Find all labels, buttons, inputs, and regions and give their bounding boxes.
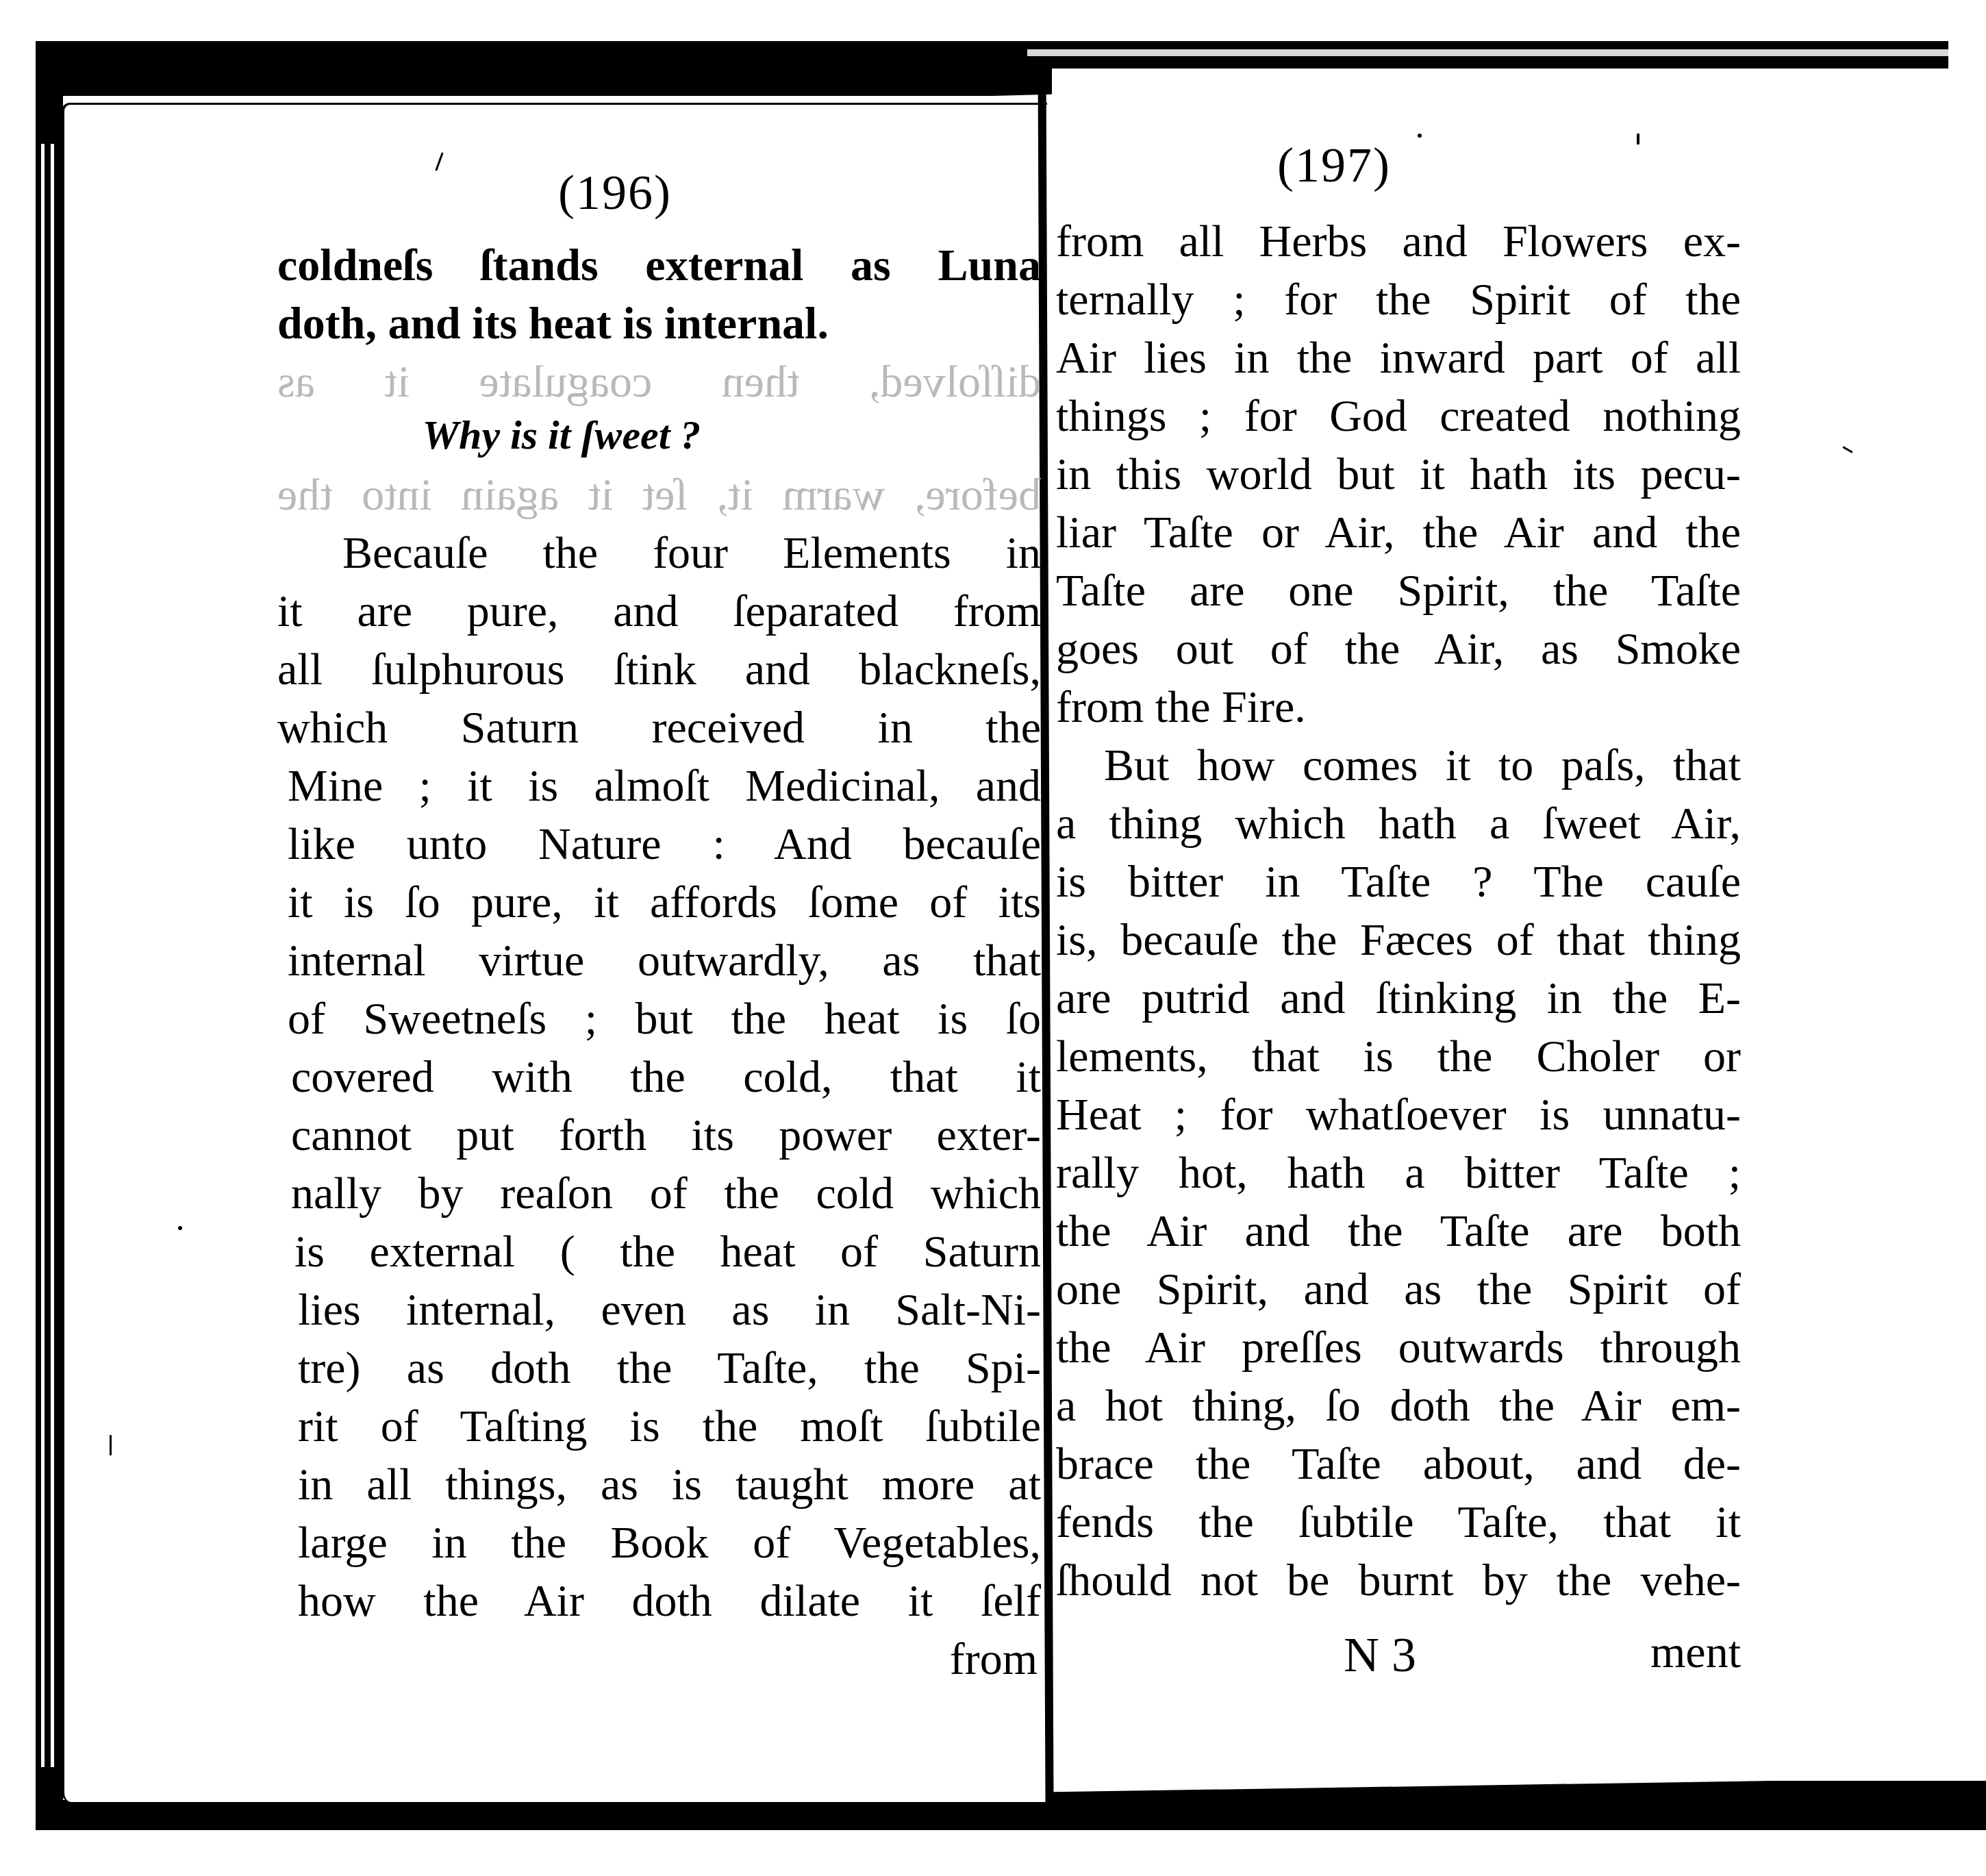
text-line: But how comes it to paſs, that	[1056, 743, 1741, 788]
text-line: are putrid and ſtinking in the E-	[1056, 976, 1741, 1021]
signature-mark: N 3	[1344, 1627, 1416, 1684]
text-line: how the Air doth dilate it ſelf	[298, 1579, 1041, 1624]
text-line: from all Herbs and Flowers ex-	[1056, 219, 1741, 264]
text-line: nally by reaſon of the cold which	[291, 1171, 1041, 1216]
text-line: liar Taſte or Air, the Air and the	[1056, 510, 1741, 555]
text-line: it are pure, and ſeparated from	[277, 589, 1041, 634]
text-line: lements, that is the Choler or	[1056, 1034, 1741, 1079]
text-line: the Air and the Taſte are both	[1056, 1209, 1741, 1254]
bleed-through-line: diſſolved, then coagulate it as	[277, 360, 1041, 405]
text-line: ſhould not be burnt by the vehe-	[1056, 1558, 1741, 1603]
catchword: from	[298, 1637, 1038, 1682]
scan-border-bottom-right	[1027, 1777, 1986, 1805]
text-line: large in the Book of Vegetables,	[298, 1521, 1041, 1566]
text-line: a hot thing, ſo doth the Air em-	[1056, 1384, 1741, 1429]
text-line: is external ( the heat of Saturn	[294, 1229, 1041, 1275]
text-line: in all things, as is taught more at	[298, 1462, 1041, 1508]
text-line: in this world but it hath its pecu-	[1056, 452, 1741, 497]
text-line: covered with the cold, that it	[291, 1055, 1041, 1100]
bleed-through-line: before, warm it, ſet it again into the	[277, 473, 1041, 518]
text-line: all ſulphurous ſtink and blackneſs,	[277, 647, 1041, 692]
catchword: ment	[1650, 1627, 1741, 1679]
text-line: rally hot, hath a bitter Taſte ;	[1056, 1151, 1741, 1196]
text-line: ternally ; for the Spirit of the	[1056, 277, 1741, 323]
text-line: fends the ſubtile Taſte, that it	[1056, 1500, 1741, 1545]
section-heading: Why is it ſweet ?	[384, 414, 740, 455]
book-fore-edge	[36, 41, 63, 1830]
page-number: (197)	[1277, 137, 1391, 194]
text-line: of Sweetneſs ; but the heat is ſo	[288, 997, 1041, 1042]
scan-speck	[1637, 134, 1639, 145]
text-line: Becauſe the four Elements in	[277, 531, 1041, 576]
scan-speck	[178, 1226, 182, 1230]
scan-speck	[1418, 134, 1422, 138]
text-line: lies internal, even as in Salt-Ni-	[298, 1288, 1041, 1333]
page-edge-stripe	[41, 144, 45, 1767]
text-line: Heat ; for whatſoever is unnatu-	[1056, 1092, 1741, 1138]
text-line: doth, and its heat is internal.	[277, 301, 661, 347]
scan-border-top-right	[1027, 41, 1948, 72]
text-line: it is ſo pure, it affords ſome of its	[288, 880, 1041, 925]
page-number: (196)	[558, 164, 672, 221]
text-line: the Air preſſes outwards through	[1056, 1325, 1741, 1371]
text-line: is bitter in Taſte ? The cauſe	[1056, 860, 1741, 905]
text-line: one Spirit, and as the Spirit of	[1056, 1267, 1741, 1312]
text-line: goes out of the Air, as Smoke	[1056, 627, 1741, 672]
text-line: things ; for God created nothing	[1056, 394, 1741, 439]
text-line: Mine ; it is almoſt Medicinal, and	[288, 764, 1041, 809]
text-line: tre) as doth the Taſte, the Spi-	[298, 1346, 1041, 1391]
text-line: Taſte are one Spirit, the Taſte	[1056, 568, 1741, 614]
text-line: rit of Taſting is the moſt ſubtile	[298, 1404, 1041, 1449]
page-edge-stripe	[51, 144, 54, 1767]
text-line: from the Fire.	[1056, 685, 1398, 730]
text-line: brace the Taſte about, and de-	[1056, 1442, 1741, 1487]
scan-speck	[110, 1435, 112, 1455]
text-line: which Saturn received in the	[277, 705, 1041, 751]
text-line: coldneſs ſtands external as Luna	[277, 243, 1041, 288]
text-line: cannot put forth its power exter-	[291, 1113, 1041, 1158]
text-line: a thing which hath a ſweet Air,	[1056, 801, 1741, 847]
text-line: is, becauſe the Fæces of that thing	[1056, 918, 1741, 963]
page-edge-stripe	[1027, 49, 1948, 56]
text-line: Air lies in the inward part of all	[1056, 336, 1741, 381]
text-line: internal virtue outwardly, as that	[288, 938, 1041, 984]
text-line: like unto Nature : And becauſe	[288, 822, 1041, 867]
